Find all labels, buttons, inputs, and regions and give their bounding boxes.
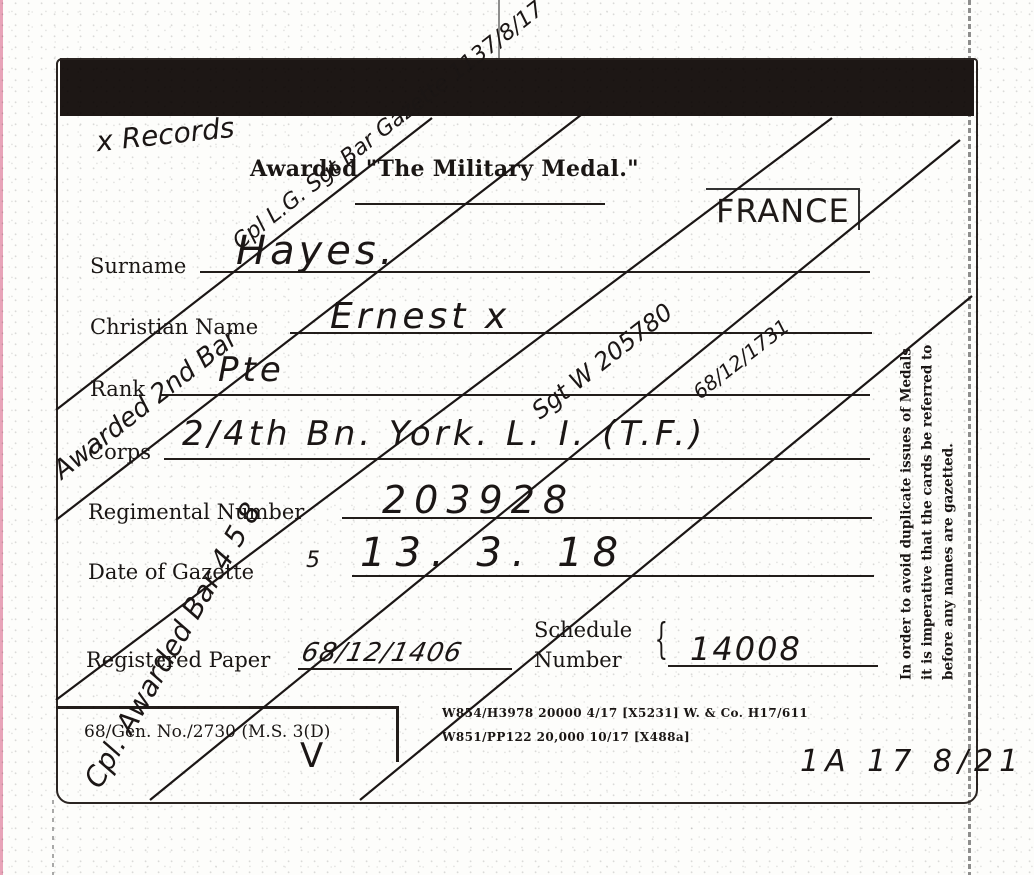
page-edge-left [52,800,54,875]
corps-line [164,458,870,460]
surname-value: Hayes. [236,228,396,274]
form-reference: 68/Gen. No./2730 (M.S. 3(D) [84,722,330,742]
title-underline [355,203,605,205]
corner-annotation: 1A 17 8/21 [800,744,1024,779]
christian-name-value: Ernest x [330,296,510,337]
registered-paper-line [298,668,512,670]
regimental-number-label: Regimental Number [88,500,304,524]
date-of-gazette-label: Date of Gazette [88,560,254,584]
fold-line [498,0,500,60]
scan-edge-strip [0,0,3,875]
corps-value: 2/4th Bn. York. L. I. (T.F.) [182,414,706,454]
registered-paper-label: Registered Paper [86,648,270,672]
regimental-number-value: 203928 [382,478,575,522]
schedule-label: Schedule [534,618,632,642]
schedule-number-value: 14008 [690,630,802,668]
rank-label: Rank [90,377,145,401]
christian-name-label: Christian Name [90,315,258,339]
brace-symbol: { [655,614,668,663]
print-code-1: W854/H3978 20000 4/17 [X5231] W. & Co. H… [442,706,808,720]
corps-label: Corps [88,440,151,464]
number-label: Number [534,648,622,672]
france-stamp: FRANCE [706,188,860,230]
rank-value: Pte [218,350,285,390]
side-note-line-1: In order to avoid duplicate issues of Me… [897,210,918,680]
date-of-gazette-value: 13. 3. 18 [360,530,628,576]
footer-divider-vertical [396,706,399,762]
registered-paper-value: 68/12/1406 [299,638,465,668]
footer-divider [56,706,398,709]
side-note-line-2: it is imperative that the cards be refer… [918,210,939,680]
card-title: Awarded "The Military Medal." [250,156,639,182]
checkmark: V [300,736,327,776]
side-note-line-3: before any names are gazetted. [939,210,960,680]
date-of-gazette-prefix: 5 [306,548,320,573]
print-code-2: W851/PP122 20,000 10/17 [X488a] [442,730,690,744]
surname-label: Surname [90,254,186,278]
rank-line [160,394,870,396]
